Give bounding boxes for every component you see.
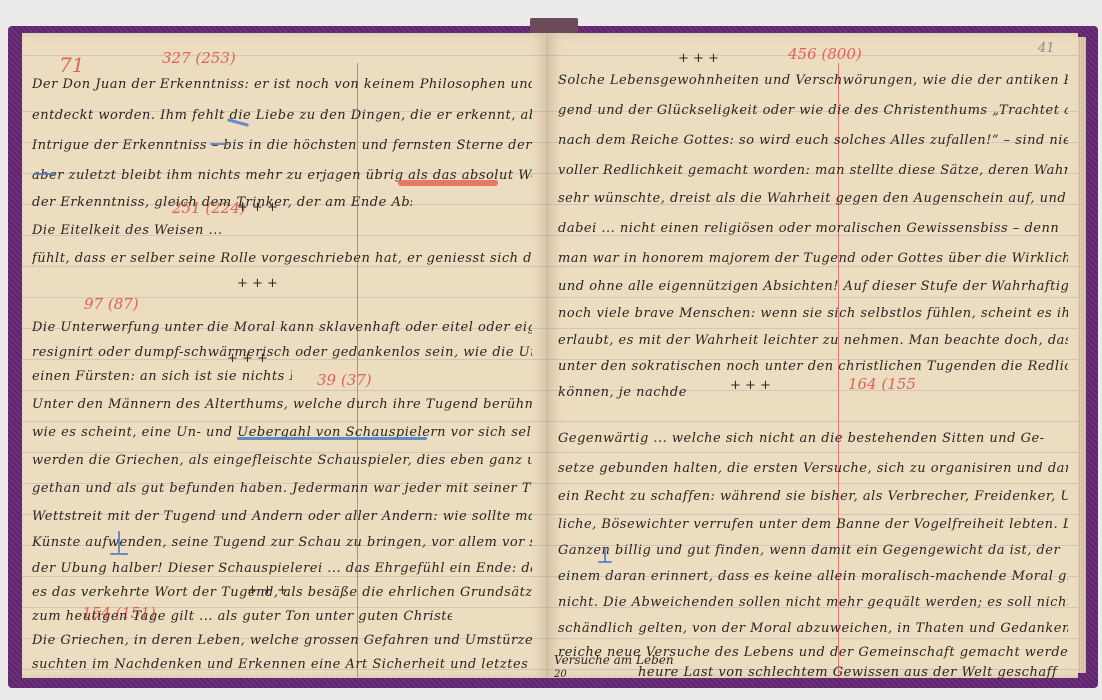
manuscript-line: setze gebunden halten, die ersten Versuc… (558, 461, 1068, 483)
manuscript-line: erlaubt, es mit der Wahrheit leichter zu… (558, 333, 1068, 355)
manuscript-line: schändlich gelten, von der Moral abzuwei… (558, 621, 1068, 643)
manuscript-line: Die Unterwerfung unter die Moral kann sk… (32, 320, 532, 342)
manuscript-line: Solche Lebensgewohnheiten und Verschwöru… (558, 73, 1068, 95)
red-annotation: 39 (37) (317, 371, 372, 389)
manuscript-line: es das verkehrte Wort der Tugend, als be… (32, 585, 532, 607)
manuscript-line: sehr wünschte, dreist als die Wahrheit g… (558, 191, 1068, 213)
manuscript-line: einem daran erinnert, dass es keine alle… (558, 569, 1068, 591)
manuscript-line: voller Redlichkeit gemacht worden: man s… (558, 163, 1068, 185)
manuscript-line: nicht. Die Abweichenden sollen nicht meh… (558, 595, 1068, 617)
manuscript-line: Unter den Männern des Alterthums, welche… (32, 397, 532, 419)
manuscript-line: können, je nachdem unsere Einsicht. (558, 385, 688, 407)
manuscript-line: werden die Griechen, als eingefleischte … (32, 453, 532, 475)
manuscript-line: noch viele brave Menschen: wenn sie sich… (558, 306, 1068, 328)
manuscript-line: Intrigue der Erkenntniss – bis in die hö… (32, 138, 532, 160)
manuscript-line: nach dem Reiche Gottes: so wird euch sol… (558, 133, 1068, 155)
manuscript-line: unter den sokratischen noch unter den ch… (558, 359, 1068, 381)
manuscript-line: wie es scheint, eine Un- und Uebergahl v… (32, 425, 532, 447)
manuscript-line: Künste aufwenden, seine Tugend zur Schau… (32, 535, 532, 557)
red-annotation: 327 (253) (162, 49, 236, 67)
manuscript-line: entdeckt worden. Ihm fehlt die Liebe zu … (32, 108, 532, 130)
margin-note-number: 20 (554, 669, 567, 680)
manuscript-line: Wettstreit mit der Tugend und Andern ode… (32, 509, 532, 531)
red-pencil-stroke (398, 180, 498, 186)
blue-pencil-underline (210, 143, 228, 145)
manuscript-line: gethan und als gut befunden haben. Jeder… (32, 481, 532, 503)
manuscript-line: Der Don Juan der Erkenntniss: er ist noc… (32, 77, 532, 99)
right-page: 41 456 (800) 164 (155 + + + + + + Solche… (548, 33, 1078, 678)
notebook-spine (530, 18, 578, 34)
manuscript-line: man war in honorem majorem der Tugend od… (558, 251, 1068, 273)
blue-pencil-underline (34, 173, 56, 175)
manuscript-line: ein Recht zu schaffen: während sie bishe… (558, 489, 1068, 511)
manuscript-line: einen Fürsten: an sich ist sie nichts Mo… (32, 369, 292, 391)
blue-pencil-mark (118, 531, 120, 553)
manuscript-line: Ganzen billig und gut finden, wenn damit… (558, 543, 1068, 565)
section-separator: + + + (678, 51, 719, 66)
page-corner-mark: 71 (59, 53, 84, 77)
manuscript-line: Die Griechen, in deren Leben, welche gro… (32, 633, 532, 655)
manuscript-line: resignirt oder dumpf-schwärmerisch oder … (32, 345, 532, 367)
manuscript-line: Die Eitelkeit des Weisen ... (32, 223, 532, 245)
blue-pencil-mark (110, 553, 128, 555)
manuscript-line: fühlt, dass er selber seine Rolle vorges… (32, 251, 532, 273)
red-annotation: 97 (87) (84, 295, 139, 313)
red-annotation: 456 (800) (788, 45, 862, 63)
manuscript-line: Gegenwärtig ... welche sich nicht an die… (558, 431, 1068, 453)
folio-number: 41 (1038, 41, 1055, 56)
manuscript-line: der Übung halber! Dieser Schauspielerei … (32, 561, 532, 583)
manuscript-line: suchten im Nachdenken und Erkennen eine … (32, 657, 532, 679)
manuscript-line: der Erkenntniss, gleich dem Trinker, der… (32, 195, 412, 217)
blue-pencil-underline (237, 437, 427, 440)
manuscript-line: und ohne alle eigennützigen Absichten! A… (558, 279, 1068, 301)
blue-pencil-mark (604, 548, 606, 562)
manuscript-line: zum heutigen Tage gilt ... als guter Ton… (32, 609, 452, 631)
manuscript-line: dabei ... nicht einen religiösen oder mo… (558, 221, 1068, 243)
blue-pencil-mark (598, 561, 612, 563)
margin-note: Versuche am Leben (554, 653, 674, 667)
manuscript-line: aber zuletzt bleibt ihm nichts mehr zu e… (32, 168, 532, 190)
manuscript-line: heure Last von schlechtem Gewissen aus d… (638, 665, 1058, 687)
left-page: 71 327 (253) 251 (224) 97 (87) 39 (37) 1… (22, 33, 548, 678)
manuscript-line: liche, Bösewichter verrufen unter dem Ba… (558, 517, 1068, 539)
manuscript-line: gend und der Glückseligkeit oder wie die… (558, 103, 1068, 125)
section-separator: + + + (237, 276, 278, 291)
